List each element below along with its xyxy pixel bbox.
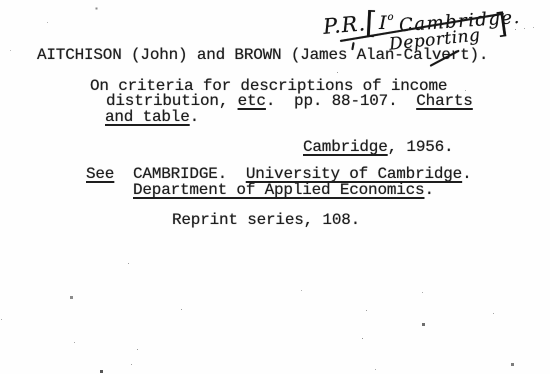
department-underlined: Department of Applied Economics xyxy=(133,181,424,199)
imprint-place-underlined: Cambridge xyxy=(303,138,388,156)
see-line-period: . xyxy=(462,165,471,183)
catalog-card: P.R. [ Io Cambridge. ] Deporting AITCHIS… xyxy=(0,0,550,374)
pages-text: . pp. 88-107. xyxy=(266,92,416,110)
imprint-line: Cambridge, 1956. xyxy=(303,139,453,155)
etc-underlined: etc xyxy=(238,92,266,110)
dust-specks xyxy=(0,0,1,1)
numeral-text: I xyxy=(379,12,387,34)
see-reference-line-1: See CAMBRIDGE. University of Cambridge. xyxy=(86,166,472,182)
charts-underlined: Charts xyxy=(416,92,472,110)
title-line-2: distribution, etc. pp. 88-107. Charts xyxy=(106,93,473,109)
see-reference-line-2: Department of Applied Economics. xyxy=(133,182,434,198)
handwritten-shelfmark: P.R. xyxy=(322,11,367,39)
numeral-superscript: o xyxy=(388,12,394,23)
see-label-underlined: See xyxy=(86,165,114,183)
author-heading: AITCHISON (John) and BROWN (James Alan-C… xyxy=(37,47,488,63)
department-period: . xyxy=(424,181,433,199)
series-note: Reprint series, 108. xyxy=(172,212,360,228)
title-line-3-period: . xyxy=(190,108,199,126)
imprint-date: , 1956. xyxy=(388,138,454,156)
title-line-3: and table. xyxy=(105,109,199,125)
and-table-underlined: and table xyxy=(105,108,190,126)
